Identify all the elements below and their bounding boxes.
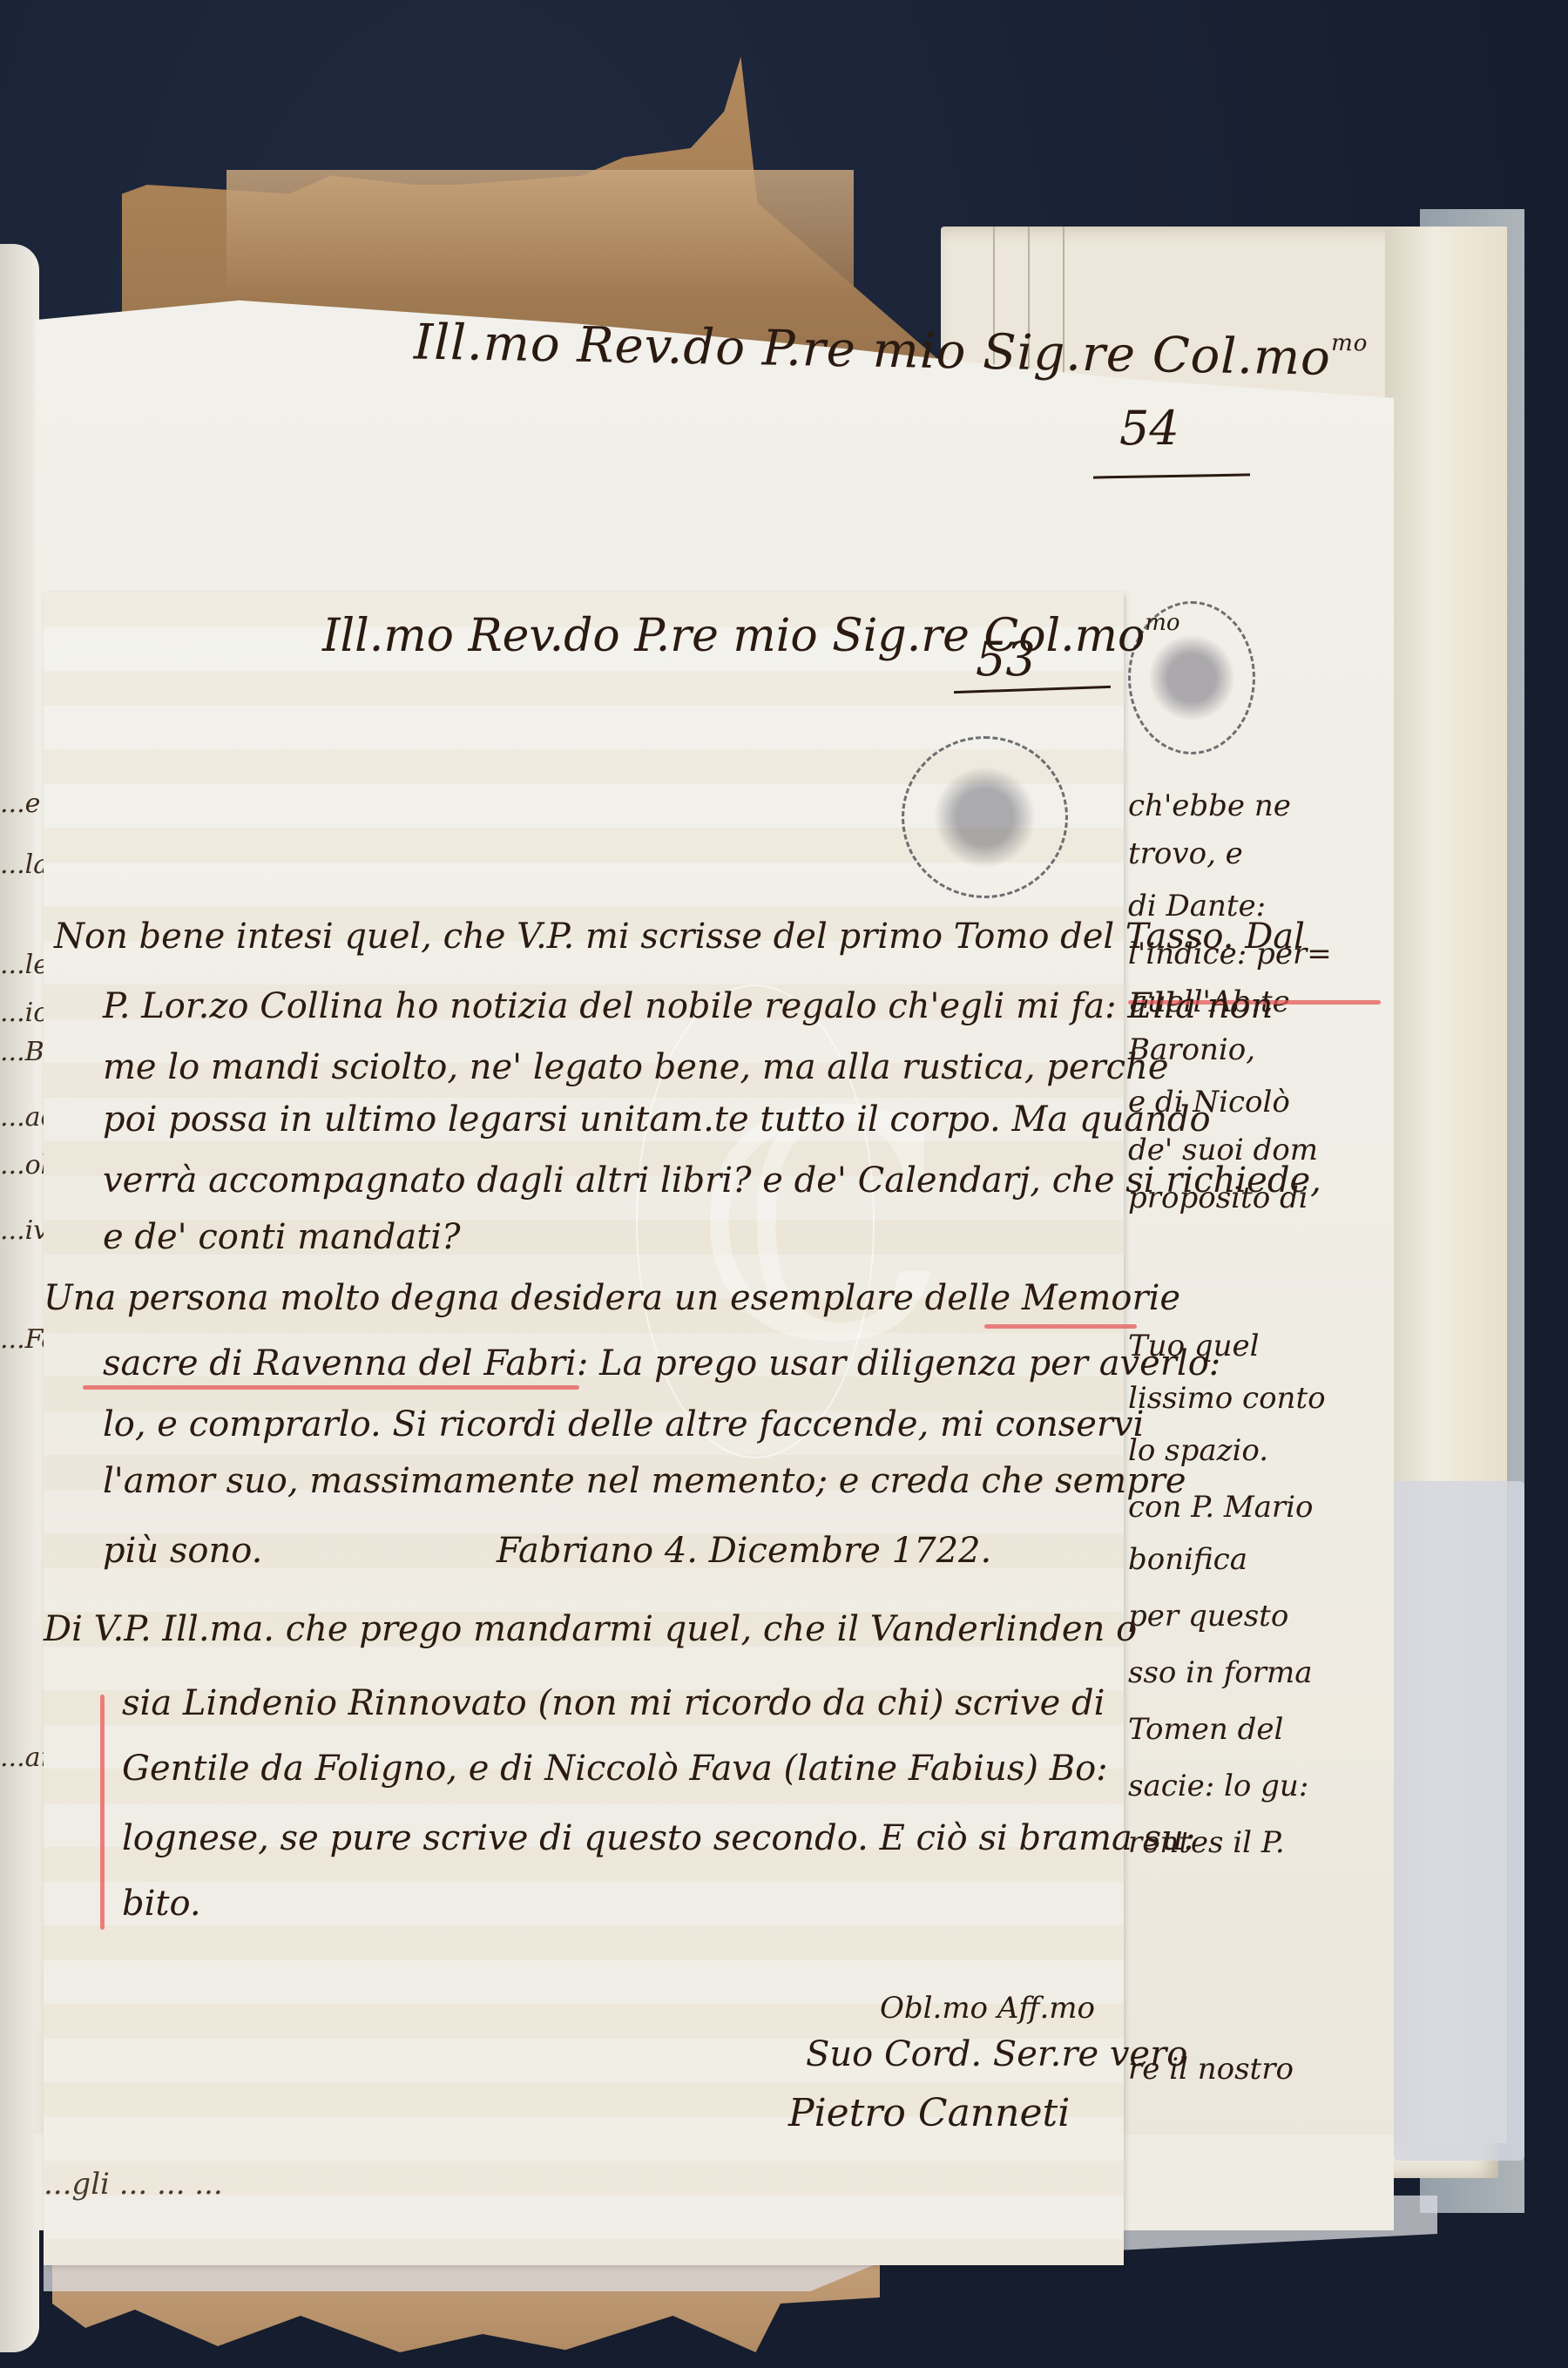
letter-line: lo, e comprarlo. Si ricordi delle altre … (103, 1407, 1144, 1442)
red-pencil-mark (100, 1695, 105, 1930)
outer-sheet-bottom-fragment: ...gli ... ... ... (44, 2169, 223, 2199)
signature: Pietro Canneti (788, 2091, 1070, 2135)
letter-line: P. Lor.zo Collina ho notizia del nobile … (103, 989, 1273, 1024)
postscript-line: Gentile da Foligno, e di Niccolò Fava (l… (122, 1751, 1108, 1786)
letter-line: poi possa in ultimo legarsi unitam.te tu… (103, 1102, 1211, 1137)
margin-line: ch'ebbe ne (1128, 788, 1291, 823)
margin-line: per questo (1128, 1599, 1288, 1634)
ink-stamp (902, 736, 1068, 898)
letter-line: e de' conti mandati? (103, 1220, 461, 1255)
postscript-line: lognese, se pure scrive di questo second… (122, 1821, 1195, 1856)
place-date: Fabriano 4. Dicembre 1722. (497, 1533, 991, 1568)
margin-line: sso in forma (1128, 1655, 1313, 1690)
letter-line: verrà accompagnato dagli altri libri? e … (103, 1163, 1321, 1198)
brown-wrapper-flap (226, 170, 854, 288)
postscript-line: bito. (122, 1886, 201, 1921)
letter-line: più sono. (103, 1533, 262, 1568)
margin-line: sacie: lo gu: (1128, 1769, 1308, 1803)
margin-line: lissimo conto (1128, 1381, 1326, 1416)
letter-salutation: Ill.mo Rev.do P.re mio Sig.re Col.momo (322, 610, 1180, 662)
closing-line: Suo Cord. Ser.re vero (806, 2034, 1187, 2074)
tissue-paper-right (1394, 1481, 1524, 2161)
letter-line: me lo mandi sciolto, ne' legato bene, ma… (103, 1050, 1169, 1085)
margin-line: trovo, e (1128, 836, 1243, 871)
letter-line: sacre di Ravenna del Fabri: La prego usa… (103, 1346, 1220, 1381)
margin-line: Tomen del (1128, 1712, 1283, 1747)
margin-line: bonifica (1128, 1542, 1247, 1577)
closing-superscript: Obl.mo Aff.mo (880, 1991, 1095, 2026)
postscript-line: Di V.P. Ill.ma. che prego mandarmi quel,… (44, 1612, 1137, 1647)
folio-number-53: 53 (976, 632, 1036, 687)
letter-line: l'amor suo, massimamente nel memento; e … (103, 1464, 1186, 1499)
letter-line: Una persona molto degna desidera un esem… (44, 1281, 1180, 1316)
postscript-line: sia Lindenio Rinnovato (non mi ricordo d… (122, 1686, 1105, 1721)
letter-line: Non bene intesi quel, che V.P. mi scriss… (54, 919, 1305, 954)
left-facing-page-edge (0, 244, 39, 2352)
folio-number-54: 54 (1119, 401, 1179, 456)
red-pencil-mark (83, 1385, 579, 1390)
red-pencil-mark (984, 1324, 1137, 1329)
